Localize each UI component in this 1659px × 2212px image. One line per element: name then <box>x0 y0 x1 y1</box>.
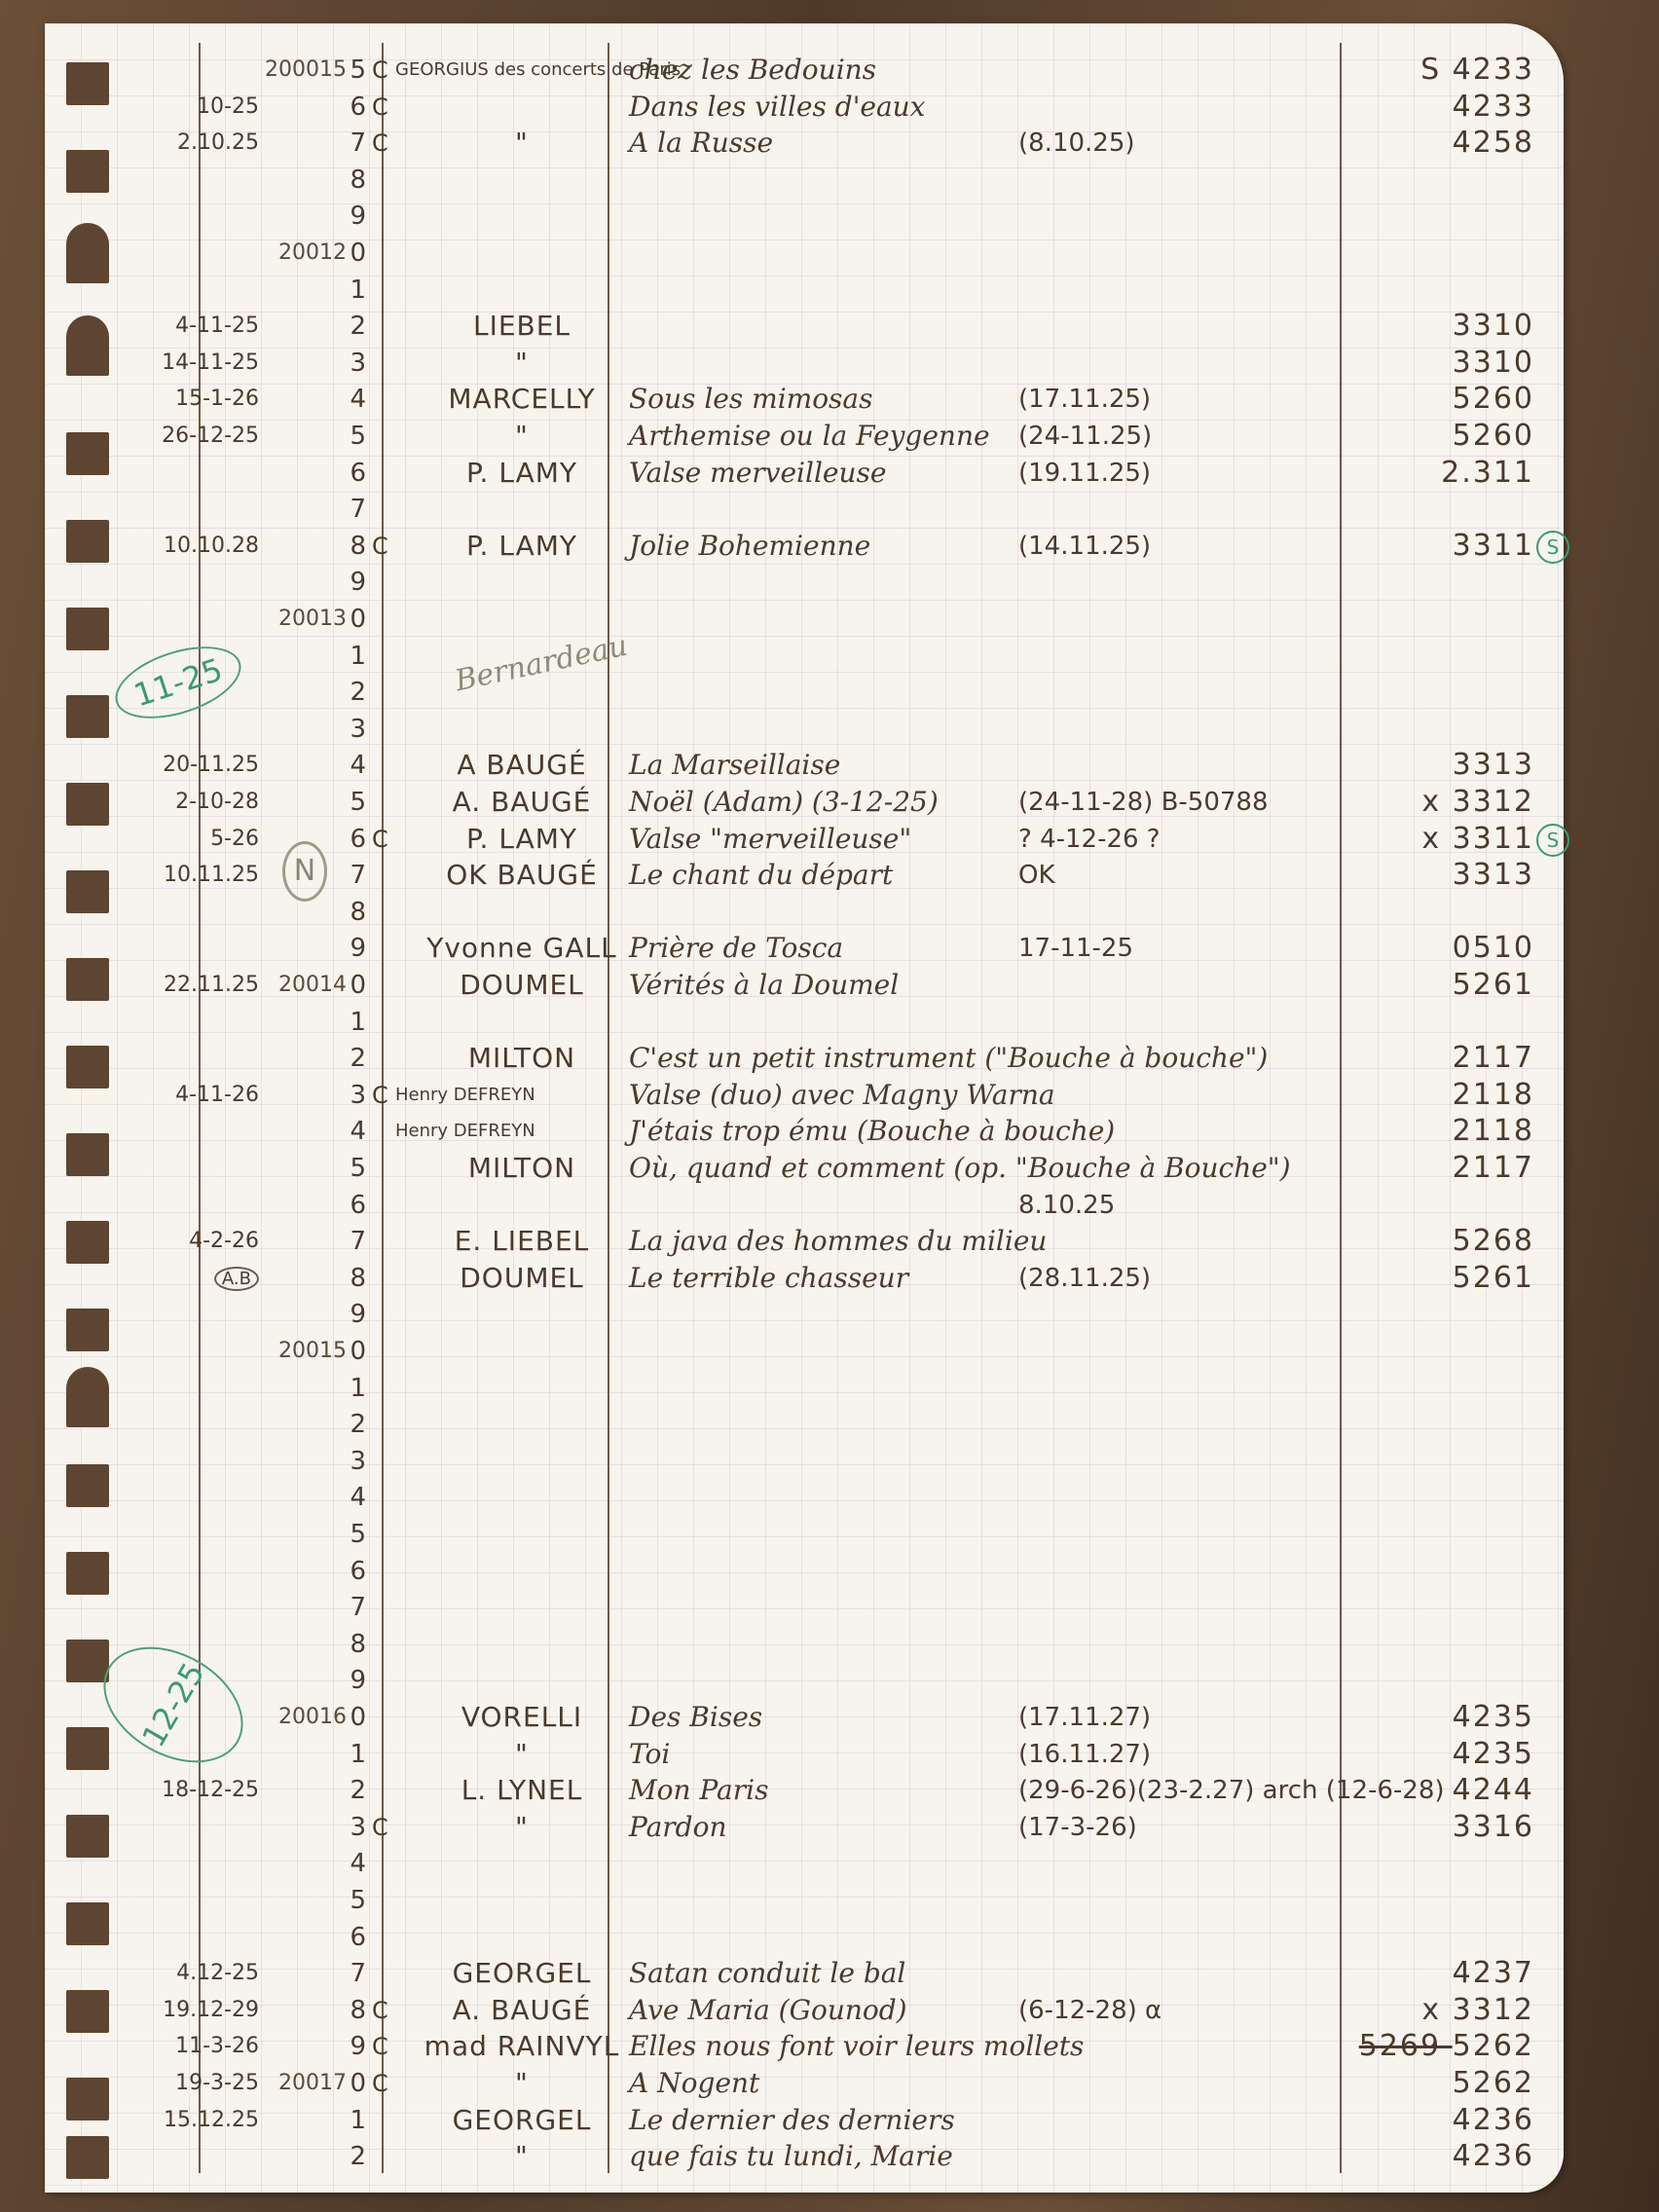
ledger-row: 1 <box>45 1005 1564 1040</box>
entry-date: 20-11.25 <box>103 748 259 783</box>
serial-block: 20014 <box>210 968 347 1003</box>
ledger-row: 9Yvonne GALLPrière de Tosca17-11-250510 <box>45 931 1564 966</box>
date-note: (16.11.27) <box>1018 1737 1388 1772</box>
ledger-row: 5 <box>45 1517 1564 1552</box>
entry-date: 4-11-26 <box>103 1078 259 1113</box>
catalog-code: 2.311 <box>1340 456 1534 491</box>
ledger-row: 20-11.254A BAUGÉLa Marseillaise3313 <box>45 748 1564 783</box>
catalog-code: 3313 <box>1340 748 1534 783</box>
row-index: 0 <box>327 1334 366 1369</box>
ledger-row: 10-256CDans les villes d'eaux4233 <box>45 90 1564 125</box>
row-index: 2 <box>327 2139 366 2174</box>
date-note: (14.11.25) <box>1018 529 1388 564</box>
row-index: 0 <box>327 2066 366 2101</box>
ledger-row: 5MILTONOù, quand et comment (op. "Bouche… <box>45 1151 1564 1186</box>
catalog-code: 4235 <box>1340 1737 1534 1772</box>
entry-date: 10-25 <box>103 90 259 125</box>
row-index: 3 <box>327 712 366 747</box>
artist-name: MILTON <box>395 1041 648 1076</box>
catalog-code: 2118 <box>1340 1114 1534 1149</box>
row-index: 0 <box>327 968 366 1003</box>
row-index: 4 <box>327 1846 366 1881</box>
row-index: 9 <box>327 2029 366 2064</box>
ledger-row: A.B8DOUMELLe terrible chasseur(28.11.25)… <box>45 1261 1564 1296</box>
artist-name: A. BAUGÉ <box>395 785 648 820</box>
ledger-row: 8 <box>45 163 1564 198</box>
row-index: 3 <box>327 1810 366 1845</box>
catalog-code: 5260 <box>1340 382 1534 417</box>
date-note: (19.11.25) <box>1018 456 1388 491</box>
catalog-code: 4258 <box>1340 126 1534 161</box>
entry-date: 10.10.28 <box>103 529 259 564</box>
row-index: 6 <box>327 1188 366 1223</box>
row-index: 5 <box>327 419 366 454</box>
date-note: (28.11.25) <box>1018 1261 1388 1296</box>
ledger-row: 8 <box>45 1627 1564 1662</box>
entry-date: 19.12-29 <box>103 1993 259 2028</box>
row-index: 0 <box>327 602 366 637</box>
artist-name: Henry DEFREYN <box>395 1078 648 1113</box>
catalog-code: 3310 <box>1340 346 1534 381</box>
catalog-code: 4235 <box>1340 1700 1534 1735</box>
ledger-row: 1 <box>45 273 1564 308</box>
catalog-code: 3313 <box>1340 858 1534 893</box>
artist-name: GEORGEL <box>395 1956 648 1991</box>
ledger-row: 6 <box>45 1920 1564 1955</box>
row-index: 4 <box>327 382 366 417</box>
green-s-mark: S <box>1536 824 1569 857</box>
artist-name: GEORGIUS des concerts de Paris <box>395 53 648 88</box>
artist-name: LIEBEL <box>395 309 648 344</box>
ledger-row: 6P. LAMYValse merveilleuse(19.11.25)2.31… <box>45 456 1564 491</box>
song-title: La Marseillaise <box>629 748 1155 783</box>
ledger-row: 9 <box>45 1663 1564 1698</box>
artist-name: MILTON <box>395 1151 648 1186</box>
song-title: Vérités à la Doumel <box>629 968 1155 1003</box>
song-title: A Nogent <box>629 2066 1155 2101</box>
ledger-row: 4 <box>45 1480 1564 1515</box>
serial-block: 20013 <box>210 602 347 637</box>
entry-date: A.B <box>103 1261 259 1297</box>
artist-name: E. LIEBEL <box>395 1224 648 1259</box>
ledger-row: 18-12-252L. LYNELMon Paris(29-6-26)(23-2… <box>45 1773 1564 1808</box>
catalog-code: x 3312 <box>1340 1993 1534 2028</box>
date-note: (17.11.25) <box>1018 382 1388 417</box>
row-index: 7 <box>327 1224 366 1259</box>
row-index: 2 <box>327 309 366 344</box>
row-index: 7 <box>327 1590 366 1625</box>
ledger-row: 2 <box>45 1407 1564 1442</box>
row-index: 0 <box>327 1700 366 1735</box>
date-note: 8.10.25 <box>1018 1188 1388 1223</box>
ledger-row: 3 <box>45 1444 1564 1479</box>
date-note: 17-11-25 <box>1018 931 1388 966</box>
ledger-row: 22.11.25200140DOUMELVérités à la Doumel5… <box>45 968 1564 1003</box>
song-title: Dans les villes d'eaux <box>629 90 1155 125</box>
catalog-code: 5261 <box>1340 968 1534 1003</box>
row-index: 6 <box>327 1554 366 1589</box>
row-index: 8 <box>327 1627 366 1662</box>
ledger-row: 1 <box>45 1371 1564 1406</box>
row-index: 6 <box>327 1920 366 1955</box>
row-index: 3 <box>327 346 366 381</box>
ledger-row: 4-11-263CHenry DEFREYNValse (duo) avec M… <box>45 1078 1564 1113</box>
artist-name: OK BAUGÉ <box>395 858 648 893</box>
ledger-row: 10.11.257OK BAUGÉLe chant du départOK331… <box>45 858 1564 893</box>
row-index: 8 <box>327 529 366 564</box>
ledger-row: 2000155CGEORGIUS des concerts de Parisch… <box>45 53 1564 88</box>
ledger-row: 15-1-264MARCELLYSous les mimosas(17.11.2… <box>45 382 1564 417</box>
artist-name: P. LAMY <box>395 822 648 857</box>
date-note: (6-12-28) α <box>1018 1993 1388 2028</box>
ledger-row: 5 <box>45 1883 1564 1918</box>
row-index: 1 <box>327 1371 366 1406</box>
ledger-row: 2MILTONC'est un petit instrument ("Bouch… <box>45 1041 1564 1076</box>
catalog-code: 4236 <box>1340 2103 1534 2138</box>
ledger-row: 9 <box>45 199 1564 234</box>
song-title: Satan conduit le bal <box>629 1956 1155 1991</box>
catalog-code: 0510 <box>1340 931 1534 966</box>
ledger-row: 8 <box>45 895 1564 930</box>
artist-name: L. LYNEL <box>395 1773 648 1808</box>
ledger-row: 11-3-269Cmad RAINVYLElles nous font voir… <box>45 2029 1564 2064</box>
ledger-row: 3 <box>45 712 1564 747</box>
row-index: 7 <box>327 126 366 161</box>
song-title: La java des hommes du milieu <box>629 1224 1155 1259</box>
entry-date: 11-3-26 <box>103 2029 259 2064</box>
row-index: 5 <box>327 1517 366 1552</box>
row-index: 4 <box>327 748 366 783</box>
date-note: ? 4-12-26 ? <box>1018 822 1388 857</box>
catalog-code: 4236 <box>1340 2139 1534 2174</box>
ledger-row: 9 <box>45 565 1564 600</box>
ledger-row: 200160VORELLIDes Bises(17.11.27)4235 <box>45 1700 1564 1735</box>
row-index: 6 <box>327 456 366 491</box>
catalog-code: 2117 <box>1340 1041 1534 1076</box>
catalog-code: 4244 <box>1340 1773 1534 1808</box>
row-index: 3 <box>327 1078 366 1113</box>
date-note: (24-11-28) B-50788 <box>1018 785 1388 820</box>
ledger-row: 200150 <box>45 1334 1564 1369</box>
entry-date: 4-11-25 <box>103 309 259 344</box>
serial-block: 20012 <box>210 236 347 271</box>
catalog-code: 5261 <box>1340 1261 1534 1296</box>
row-index: 5 <box>327 1883 366 1918</box>
serial-block: 20015 <box>210 1334 347 1369</box>
row-index: 1 <box>327 1005 366 1040</box>
ab-circled-mark: A.B <box>214 1267 259 1291</box>
row-index: 1 <box>327 273 366 308</box>
serial-block: 200015 <box>210 53 347 88</box>
date-note: (29-6-26)(23-2.27) arch (12-6-28) <box>1018 1773 1388 1808</box>
row-index: 1 <box>327 639 366 674</box>
catalog-code: 5269 5262 <box>1340 2029 1534 2064</box>
ledger-row: 200120 <box>45 236 1564 271</box>
notebook-page: 11-25 12-25 Bernardeau N 2000155CGEORGIU… <box>45 23 1564 2193</box>
artist-name: P. LAMY <box>395 456 648 491</box>
date-note: (17-3-26) <box>1018 1810 1388 1845</box>
row-index: 9 <box>327 1663 366 1698</box>
song-title: Le dernier des derniers <box>629 2103 1155 2138</box>
artist-name: DOUMEL <box>395 1261 648 1296</box>
ledger-row: 26-12-255"Arthemise ou la Feygenne(24-11… <box>45 419 1564 454</box>
date-note: OK <box>1018 858 1388 893</box>
ledger-row: 200130 <box>45 602 1564 637</box>
entry-date: 15.12.25 <box>103 2103 259 2138</box>
entry-date: 10.11.25 <box>103 858 259 893</box>
row-index: 0 <box>327 236 366 271</box>
row-index: 6 <box>327 90 366 125</box>
green-s-mark: S <box>1536 531 1569 564</box>
row-index: 4 <box>327 1480 366 1515</box>
artist-name: Yvonne GALL <box>395 931 648 966</box>
catalog-code: 5262 <box>1340 2066 1534 2101</box>
catalog-code: 5260 <box>1340 419 1534 454</box>
ledger-row: 1"Toi(16.11.27)4235 <box>45 1737 1564 1772</box>
song-title: Elles nous font voir leurs mollets <box>629 2029 1155 2064</box>
catalog-code: 3311 <box>1340 529 1534 564</box>
row-flag: C <box>372 90 401 125</box>
catalog-code: 5268 <box>1340 1224 1534 1259</box>
row-index: 8 <box>327 1993 366 2028</box>
row-index: 9 <box>327 1297 366 1332</box>
artist-name: " <box>395 419 648 454</box>
ledger-row: 4-2-267E. LIEBELLa java des hommes du mi… <box>45 1224 1564 1259</box>
song-title: que fais tu lundi, Marie <box>629 2139 1155 2174</box>
artist-name: A. BAUGÉ <box>395 1993 648 2028</box>
ledger-row: 7 <box>45 1590 1564 1625</box>
row-index: 2 <box>327 1407 366 1442</box>
artist-name: MARCELLY <box>395 382 648 417</box>
ledger-row: 4Henry DEFREYNJ'étais trop ému (Bouche à… <box>45 1114 1564 1149</box>
entry-date: 2-10-28 <box>103 785 259 820</box>
entry-date: 15-1-26 <box>103 382 259 417</box>
artist-name: A BAUGÉ <box>395 748 648 783</box>
entry-date: 26-12-25 <box>103 419 259 454</box>
ledger-row: 2.10.257C"A la Russe(8.10.25)4258 <box>45 126 1564 161</box>
song-title: C'est un petit instrument ("Bouche à bou… <box>629 1041 1155 1076</box>
struck-catalog-code: 5269 <box>1359 2029 1453 2063</box>
artist-name: P. LAMY <box>395 529 648 564</box>
entry-date: 5-26 <box>103 822 259 857</box>
artist-name: " <box>395 1810 648 1845</box>
row-index: 5 <box>327 53 366 88</box>
ledger-row: 3C"Pardon(17-3-26)3316 <box>45 1810 1564 1845</box>
row-index: 3 <box>327 1444 366 1479</box>
catalog-code: 4233 <box>1340 90 1534 125</box>
artist-name: " <box>395 126 648 161</box>
entry-date: 2.10.25 <box>103 126 259 161</box>
row-index: 4 <box>327 1114 366 1149</box>
artist-name: " <box>395 2066 648 2101</box>
catalog-code: 3316 <box>1340 1810 1534 1845</box>
ledger-row: 4.12-257GEORGELSatan conduit le bal4237 <box>45 1956 1564 1991</box>
catalog-code: 2117 <box>1340 1151 1534 1186</box>
row-index: 7 <box>327 1956 366 1991</box>
row-index: 9 <box>327 931 366 966</box>
ledger-row: 2-10-285A. BAUGÉNoël (Adam) (3-12-25)(24… <box>45 785 1564 820</box>
date-note: (24-11.25) <box>1018 419 1388 454</box>
row-index: 2 <box>327 1773 366 1808</box>
ledger-row: 1 <box>45 639 1564 674</box>
artist-name: mad RAINVYL <box>395 2029 648 2064</box>
artist-name: Henry DEFREYN <box>395 1114 648 1149</box>
catalog-code: 2118 <box>1340 1078 1534 1113</box>
date-note: (17.11.27) <box>1018 1700 1388 1735</box>
row-index: 9 <box>327 199 366 234</box>
date-note: (8.10.25) <box>1018 126 1388 161</box>
row-index: 1 <box>327 2103 366 2138</box>
song-title: J'étais trop ému (Bouche à bouche) <box>629 1114 1155 1149</box>
ledger-row: 5-266CP. LAMYValse "merveilleuse"? 4-12-… <box>45 822 1564 857</box>
catalog-code: 3310 <box>1340 309 1534 344</box>
row-index: 9 <box>327 565 366 600</box>
ledger-row: 6 <box>45 1554 1564 1589</box>
catalog-code: x 3311 <box>1340 822 1534 857</box>
serial-block: 20016 <box>210 1700 347 1735</box>
row-index: 2 <box>327 675 366 710</box>
row-index: 5 <box>327 1151 366 1186</box>
entry-date: 14-11-25 <box>103 346 259 381</box>
artist-name: " <box>395 346 648 381</box>
ledger-row: 14-11-253"3310 <box>45 346 1564 381</box>
row-index: 8 <box>327 895 366 930</box>
entry-date: 4.12-25 <box>103 1956 259 1991</box>
ledger-row: 4 <box>45 1846 1564 1881</box>
ledger-row: 7 <box>45 492 1564 527</box>
artist-name: VORELLI <box>395 1700 648 1735</box>
ledger-row: 9 <box>45 1297 1564 1332</box>
ledger-row: 4-11-252LIEBEL3310 <box>45 309 1564 344</box>
row-index: 8 <box>327 1261 366 1296</box>
artist-name: GEORGEL <box>395 2103 648 2138</box>
ledger-row: 2"que fais tu lundi, Marie4236 <box>45 2139 1564 2174</box>
row-index: 1 <box>327 1737 366 1772</box>
catalog-code: x 3312 <box>1340 785 1534 820</box>
entry-date: 4-2-26 <box>103 1224 259 1259</box>
row-index: 2 <box>327 1041 366 1076</box>
entry-date: 18-12-25 <box>103 1773 259 1808</box>
serial-block: 20017 <box>210 2066 347 2101</box>
ledger-row: 2 <box>45 675 1564 710</box>
row-index: 7 <box>327 858 366 893</box>
ledger-row: 19-3-25200170C"A Nogent5262 <box>45 2066 1564 2101</box>
artist-name: DOUMEL <box>395 968 648 1003</box>
row-index: 5 <box>327 785 366 820</box>
ledger-row: 15.12.251GEORGELLe dernier des derniers4… <box>45 2103 1564 2138</box>
row-index: 8 <box>327 163 366 198</box>
song-title: chez les Bedouins <box>629 53 1155 88</box>
artist-name: " <box>395 1737 648 1772</box>
catalog-code: S 4233 <box>1340 53 1534 88</box>
song-title: Valse (duo) avec Magny Warna <box>629 1078 1155 1113</box>
song-title: Où, quand et comment (op. "Bouche à Bouc… <box>629 1151 1155 1186</box>
ledger-row: 10.10.288CP. LAMYJolie Bohemienne(14.11.… <box>45 529 1564 564</box>
row-index: 6 <box>327 822 366 857</box>
ledger-row: 19.12-298CA. BAUGÉAve Maria (Gounod)(6-1… <box>45 1993 1564 2028</box>
row-index: 7 <box>327 492 366 527</box>
ledger-row: 68.10.25 <box>45 1188 1564 1223</box>
artist-name: " <box>395 2139 648 2174</box>
catalog-code: 4237 <box>1340 1956 1534 1991</box>
